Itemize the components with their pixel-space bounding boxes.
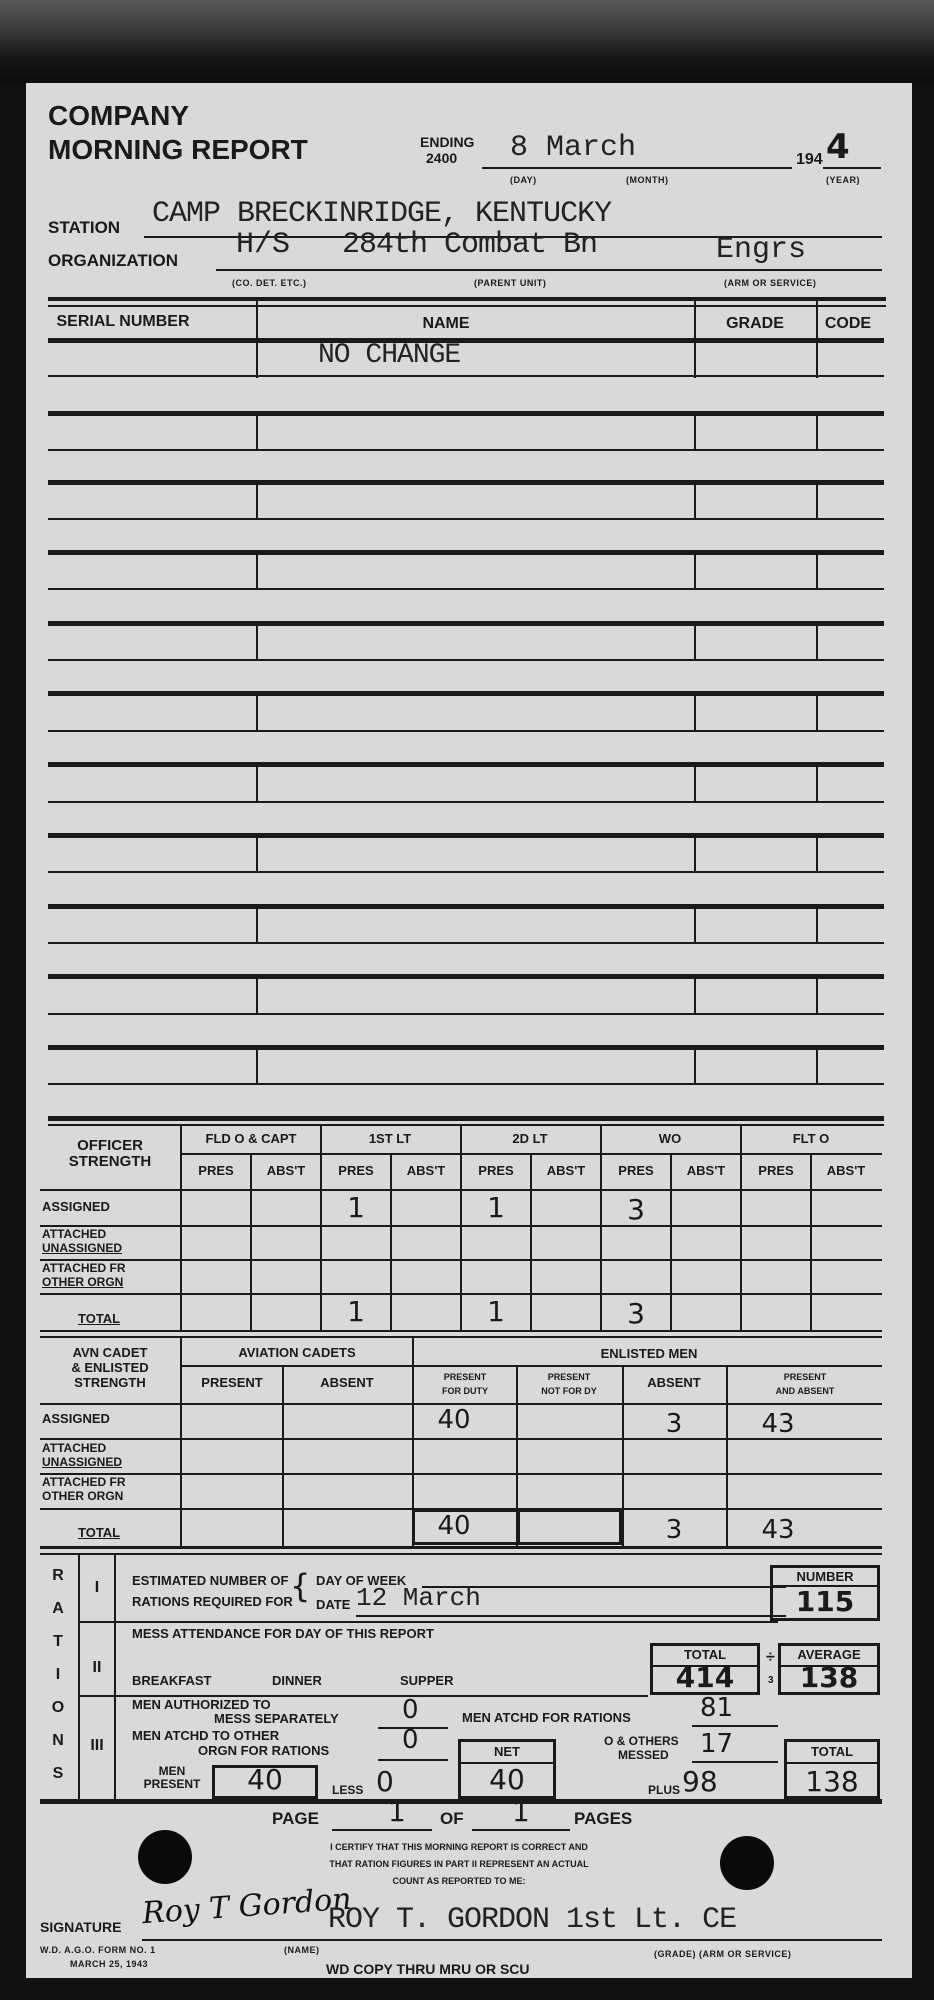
station-value: CAMP BRECKINRIDGE, KENTUCKY (152, 197, 611, 231)
less-label: LESS (332, 1783, 363, 1797)
sub-abst: ABS'T (532, 1163, 600, 1178)
col-code: CODE (818, 315, 878, 333)
assigned-present-and-absent: 43 (728, 1409, 828, 1439)
col-cadet-absent: ABSENT (284, 1375, 410, 1390)
arm-service-caption: (ARM OR SERVICE) (724, 278, 816, 288)
enlisted-row-attached-fr-1: ATTACHED FR (42, 1475, 126, 1489)
total-absent: 3 (622, 1515, 726, 1545)
form-title-line-1: COMPANY (48, 101, 189, 131)
total-present-and-absent: 43 (728, 1515, 828, 1545)
men-present-label-2: PRESENT (132, 1778, 212, 1791)
certify-line-2: THAT RATION FIGURES IN PART II REPRESENT… (226, 1856, 692, 1872)
rations-part-2-numeral: II (80, 1659, 114, 1677)
col-pres-abs-1: PRESENT (728, 1371, 882, 1383)
sub-pres: PRES (182, 1163, 250, 1178)
net-label: NET (458, 1744, 556, 1759)
org-parent-unit-value: 284th Combat Bn (342, 228, 597, 262)
assigned-wo-pres: 3 (602, 1193, 670, 1226)
men-present-value: 40 (212, 1763, 318, 1796)
mess-attendance-heading: MESS ATTENDANCE FOR DAY OF THIS REPORT (132, 1626, 434, 1641)
officer-strength-title-2: STRENGTH (40, 1154, 180, 1170)
org-arm-service-value: Engrs (716, 233, 806, 267)
atchd-other-label-1: MEN ATCHD TO OTHER (132, 1728, 279, 1743)
total-wo-pres: 3 (602, 1297, 670, 1330)
film-border-top (0, 0, 934, 84)
morning-report-form: COMPANY MORNING REPORT ENDING 2400 8 Mar… (26, 83, 912, 1978)
copy-note: WD COPY THRU MRU OR SCU (326, 1961, 530, 1977)
form-number: W.D. A.G.O. FORM NO. 1 (40, 1945, 156, 1955)
co-det-caption: (CO. DET. ETC.) (232, 278, 307, 288)
average-label: AVERAGE (778, 1647, 880, 1662)
atchd-rations-value: 81 (700, 1693, 733, 1723)
pages-label: PAGES (574, 1809, 632, 1829)
mess-total-value: 414 (650, 1661, 760, 1694)
rations-date-value: 12 March (356, 1583, 481, 1613)
officer-row-attached-unassigned-1: ATTACHED (42, 1227, 106, 1241)
sub-abst: ABS'T (812, 1163, 880, 1178)
divisor-value: 3 (768, 1675, 774, 1686)
col-present-duty-2: FOR DUTY (414, 1385, 516, 1397)
form-date: MARCH 25, 1943 (70, 1959, 148, 1969)
day-caption: (DAY) (510, 175, 537, 185)
officer-group-1st-lt: 1ST LT (322, 1131, 458, 1146)
enlisted-row-assigned: ASSIGNED (42, 1411, 110, 1426)
average-value: 138 (778, 1661, 880, 1694)
ending-time-label: 2400 (426, 151, 457, 166)
col-cadet-present: PRESENT (182, 1375, 282, 1390)
pages-value: 1 (512, 1795, 530, 1828)
officer-row-attached-fr-2: OTHER ORGN (42, 1275, 123, 1289)
year-value: 4 (826, 127, 850, 167)
roster-entry-code (818, 343, 878, 373)
rations-part-3-numeral: III (80, 1737, 114, 1755)
rations-number-label: NUMBER (770, 1569, 880, 1584)
officer-group-2d-lt: 2D LT (462, 1131, 598, 1146)
less-value: 0 (376, 1765, 394, 1798)
total-not-duty-box (516, 1509, 622, 1545)
officer-row-attached-fr-1: ATTACHED FR (42, 1261, 126, 1275)
sub-pres: PRES (602, 1163, 670, 1178)
enlisted-title-2: & ENLISTED (40, 1360, 180, 1375)
ending-label: ENDING (420, 135, 474, 150)
rations-estimated-label-2: RATIONS REQUIRED FOR (132, 1594, 293, 1609)
col-present-not-1: PRESENT (518, 1371, 620, 1383)
auth-mess-sep-label-1: MEN AUTHORIZED TO (132, 1697, 271, 1712)
page-value: 1 (388, 1795, 406, 1828)
mess-total-label: TOTAL (650, 1647, 760, 1662)
plus-value: 98 (682, 1765, 718, 1798)
punch-hole-right (720, 1836, 774, 1890)
officer-strength-title-1: OFFICER (40, 1138, 180, 1154)
col-grade: GRADE (696, 315, 814, 333)
officer-group-flt-o: FLT O (742, 1131, 880, 1146)
enlisted-row-attached-unassigned-2: UNASSIGNED (42, 1455, 122, 1469)
atchd-other-value: 0 (402, 1725, 419, 1755)
auth-mess-sep-label-2: MESS SEPARATELY (214, 1711, 339, 1726)
brace-icon: { (290, 1567, 310, 1605)
roster-entry-grade (696, 343, 814, 373)
month-caption: (MONTH) (626, 175, 669, 185)
roster-entry-name: NO CHANGE (318, 340, 460, 371)
rations-part-1-numeral: I (80, 1579, 114, 1597)
breakfast-label: BREAKFAST (132, 1673, 211, 1688)
col-serial-number: SERIAL NUMBER (48, 313, 198, 331)
col-present-not-2: NOT FOR DY (518, 1385, 620, 1397)
col-absent: ABSENT (622, 1375, 726, 1390)
atchd-other-label-2: ORGN FOR RATIONS (198, 1743, 329, 1758)
grade-caption: (GRADE) (ARM OR SERVICE) (654, 1949, 791, 1959)
assigned-1st-lt-pres: 1 (322, 1191, 390, 1224)
roster-entry-serial (48, 343, 198, 373)
name-caption: (NAME) (284, 1945, 320, 1955)
page-label: PAGE (272, 1809, 319, 1829)
certify-line-1: I CERTIFY THAT THIS MORNING REPORT IS CO… (226, 1839, 692, 1855)
date-label: DATE (316, 1597, 350, 1612)
officer-group-fld-capt: FLD O & CAPT (182, 1131, 320, 1146)
officer-row-total: TOTAL (78, 1311, 120, 1326)
signer-typed-name: ROY T. GORDON 1st Lt. CE (328, 1903, 736, 1937)
sub-abst: ABS'T (392, 1163, 460, 1178)
sub-pres: PRES (322, 1163, 390, 1178)
handwritten-signature: Roy T Gordon (141, 1882, 353, 1932)
col-pres-abs-2: AND ABSENT (728, 1385, 882, 1397)
sub-pres: PRES (742, 1163, 810, 1178)
net-value: 40 (458, 1763, 556, 1796)
officer-row-attached-unassigned-2: UNASSIGNED (42, 1241, 122, 1255)
year-caption: (YEAR) (826, 175, 860, 185)
total-present-duty: 40 (414, 1511, 494, 1541)
total-1st-lt-pres: 1 (322, 1295, 390, 1328)
others-label-1: O & OTHERS (604, 1734, 679, 1748)
officer-group-wo: WO (602, 1131, 738, 1146)
assigned-2d-lt-pres: 1 (462, 1191, 530, 1224)
supper-label: SUPPER (400, 1673, 453, 1688)
enlisted-row-attached-unassigned-1: ATTACHED (42, 1441, 106, 1455)
enlisted-row-attached-fr-2: OTHER ORGN (42, 1489, 123, 1503)
of-label: OF (440, 1809, 464, 1829)
col-name: NAME (256, 315, 636, 333)
org-company-value: H/S (236, 228, 290, 262)
group-enlisted-men: ENLISTED MEN (416, 1346, 882, 1361)
station-label: STATION (48, 218, 120, 238)
parent-unit-caption: (PARENT UNIT) (474, 278, 546, 288)
auth-mess-sep-value: 0 (402, 1695, 419, 1725)
signature-label: SIGNATURE (40, 1919, 121, 1935)
sub-abst: ABS'T (672, 1163, 740, 1178)
year-prefix: 194 (796, 151, 823, 169)
rations-estimated-label-1: ESTIMATED NUMBER OF (132, 1573, 288, 1588)
ending-date-value: 8 March (510, 131, 636, 165)
enlisted-title-3: STRENGTH (40, 1375, 180, 1390)
assigned-present-duty: 40 (414, 1405, 494, 1435)
divide-icon: ÷ (766, 1649, 775, 1667)
officer-row-assigned: ASSIGNED (42, 1199, 110, 1214)
others-label-2: MESSED (618, 1748, 669, 1762)
col-present-duty-1: PRESENT (414, 1371, 516, 1383)
rations-total-value: 138 (784, 1765, 880, 1798)
sub-pres: PRES (462, 1163, 530, 1178)
atchd-rations-label: MEN ATCHD FOR RATIONS (462, 1710, 631, 1725)
rations-number-value: 115 (770, 1585, 880, 1618)
rations-total-label: TOTAL (784, 1744, 880, 1759)
organization-label: ORGANIZATION (48, 251, 178, 271)
plus-label: PLUS (648, 1783, 680, 1797)
others-value: 17 (700, 1729, 733, 1759)
assigned-absent: 3 (622, 1409, 726, 1439)
enlisted-title-1: AVN CADET (40, 1345, 180, 1360)
sub-abst: ABS'T (252, 1163, 320, 1178)
rations-side-label: R A T I O N S (40, 1559, 76, 1790)
dinner-label: DINNER (272, 1673, 322, 1688)
enlisted-row-total: TOTAL (78, 1525, 120, 1540)
group-aviation-cadets: AVIATION CADETS (182, 1345, 412, 1360)
punch-hole-left (138, 1830, 192, 1884)
form-title-line-2: MORNING REPORT (48, 135, 308, 165)
total-2d-lt-pres: 1 (462, 1295, 530, 1328)
